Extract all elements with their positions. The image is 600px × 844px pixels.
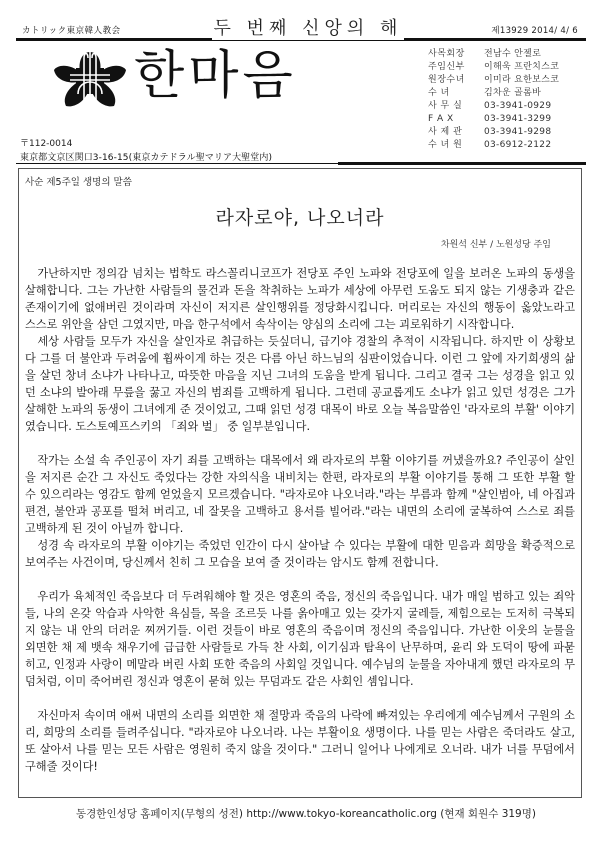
staff-role: 원장수녀 <box>428 74 484 87</box>
header-divider-bold <box>338 162 586 165</box>
staff-row: 사 무 실03-3941-0929 <box>428 100 559 113</box>
article-paragraph: 작가는 소설 속 주인공이 자기 죄를 고백하는 대목에서 왜 라자로의 부활 … <box>25 452 575 537</box>
staff-value: 김차운 골롬바 <box>484 87 541 100</box>
staff-value: 03-3941-9298 <box>484 126 551 139</box>
postal-code: 〒112-0014 <box>20 136 72 149</box>
article-paragraph: 세상 사람들 모두가 자신을 살인자로 취급하는 듯싶더니, 급기야 경찰의 추… <box>25 333 575 435</box>
staff-role: 사 무 실 <box>428 100 484 113</box>
staff-row: 사 제 관03-3941-9298 <box>428 126 559 139</box>
staff-value: 03-3941-3299 <box>484 113 551 126</box>
top-bar: カトリック東京韓人教会 두 번째 신앙의 해 제13929 2014/ 4/ 6 <box>16 14 586 40</box>
year-title: 두 번째 신앙의 해 <box>212 14 404 40</box>
staff-role: 수 녀 <box>428 87 484 100</box>
staff-role: 주임신부 <box>428 61 484 74</box>
staff-row: 수 녀김차운 골롬바 <box>428 87 559 100</box>
staff-row: 주임신부이해욱 프란치스코 <box>428 61 559 74</box>
paragraph-gap <box>25 690 575 707</box>
newsletter-title: 한마음 <box>134 46 297 106</box>
staff-value: 이해욱 프란치스코 <box>484 61 559 74</box>
staff-value: 이미라 요한보스코 <box>484 74 559 87</box>
staff-row: F A X03-3941-3299 <box>428 113 559 126</box>
parish-name-jp: カトリック東京韓人教会 <box>22 24 121 36</box>
staff-row: 사목회장전남수 안젤로 <box>428 48 559 61</box>
staff-value: 03-6912-2122 <box>484 139 551 152</box>
staff-directory: 사목회장전남수 안젤로 주임신부이해욱 프란치스코 원장수녀이미라 요한보스코 … <box>428 48 559 152</box>
staff-row: 원장수녀이미라 요한보스코 <box>428 74 559 87</box>
article-paragraph: 성경 속 라자로의 부활 이야기는 죽었던 인간이 다시 살아날 수 있다는 부… <box>25 537 575 571</box>
article-byline: 차원석 신부 / 노원성당 주임 <box>441 237 551 250</box>
article-title: 라자로야, 나오너라 <box>19 203 581 230</box>
issue-number-date: 제13929 2014/ 4/ 6 <box>491 24 578 36</box>
staff-value: 전남수 안젤로 <box>484 48 541 61</box>
paragraph-gap <box>25 435 575 452</box>
paragraph-gap <box>25 571 575 588</box>
church-address: 東京都文京区関口3-16-15(東京カテドラル聖マリア大聖堂内) <box>20 150 272 163</box>
article-paragraph: 자신마저 속이며 애써 내면의 소리를 외면한 채 절망과 죽음의 나락에 빠져… <box>25 707 575 775</box>
staff-role: 사 제 관 <box>428 126 484 139</box>
staff-role: 사목회장 <box>428 48 484 61</box>
article-body: 가난하지만 정의감 넘치는 법학도 라스꼴리니코프가 전당포 주인 노파와 전당… <box>25 265 575 775</box>
article-kicker: 사순 제5주일 생명의 말씀 <box>25 174 132 188</box>
staff-value: 03-3941-0929 <box>484 100 551 113</box>
cherry-blossom-cathedral-logo-icon <box>52 48 128 110</box>
article-paragraph: 우리가 육체적인 죽음보다 더 두려워해야 할 것은 영혼의 죽음, 정신의 죽… <box>25 588 575 690</box>
staff-role: 수 녀 원 <box>428 139 484 152</box>
article-paragraph: 가난하지만 정의감 넘치는 법학도 라스꼴리니코프가 전당포 주인 노파와 전당… <box>25 265 575 333</box>
footer-homepage-note: 동경한인성당 홈페이지(무형의 성전) http://www.tokyo-kor… <box>26 806 586 821</box>
staff-role: F A X <box>428 113 484 126</box>
staff-row: 수 녀 원03-6912-2122 <box>428 139 559 152</box>
article-box: 사순 제5주일 생명의 말씀 라자로야, 나오너라 차원석 신부 / 노원성당 … <box>18 168 582 798</box>
